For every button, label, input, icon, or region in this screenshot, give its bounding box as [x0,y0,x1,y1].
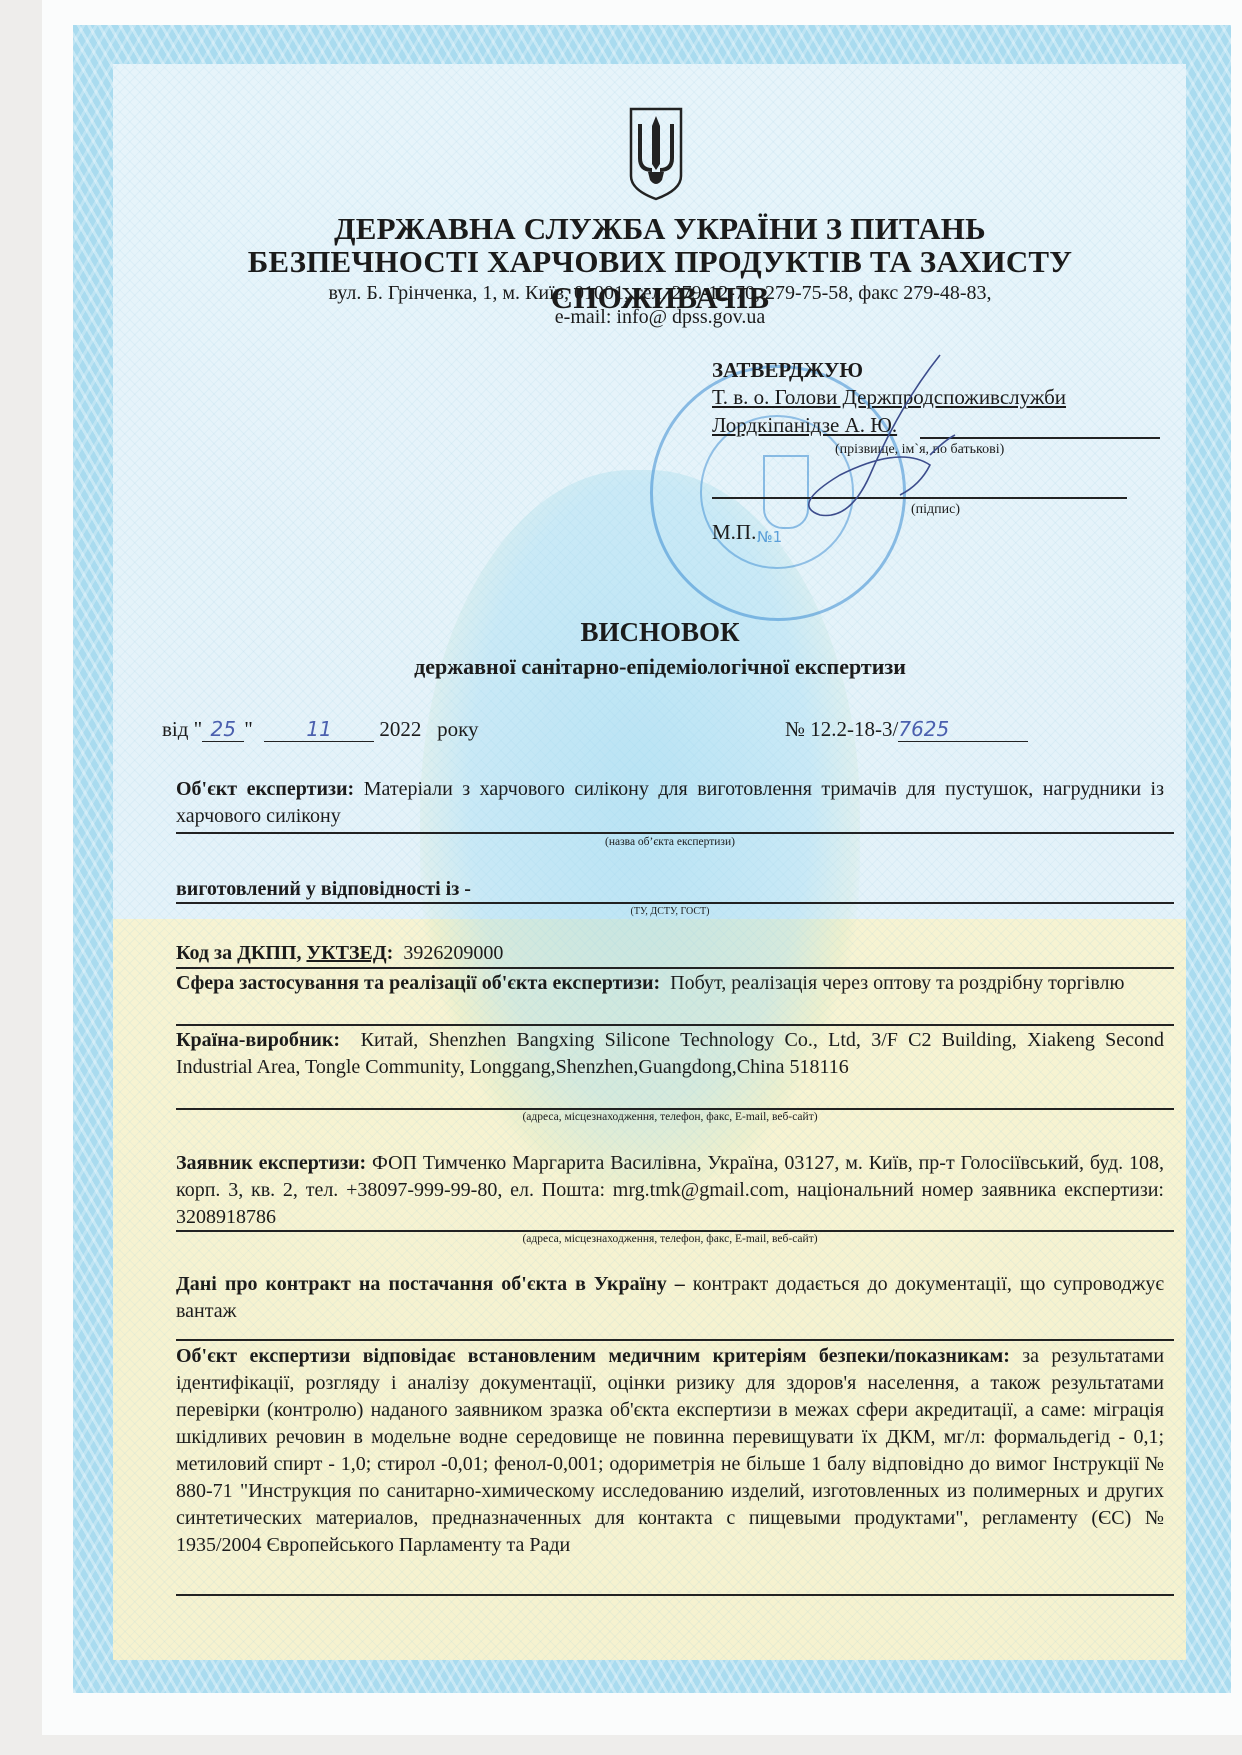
seal-label: М.П. [712,520,756,545]
object-caption: (назва об’єкта експертизи) [176,836,1164,848]
compliance-field: Об'єкт експертизи відповідає встановлени… [176,1343,1164,1559]
code-field: Код за ДКПП, УКТЗЕД: 3926209000 [176,940,1164,967]
contract-field: Дані про контракт на постачання об'єкта … [176,1271,1164,1325]
date-row: від "25" 11 2022 року [162,717,479,742]
document-title: ВИСНОВОК [140,617,1180,648]
date-month: 11 [264,717,374,742]
stamp-number: №1 [757,528,782,546]
applicant-caption: (адреса, місцезнаходження, телефон, факс… [176,1233,1164,1245]
country-caption: (адреса, місцезнаходження, телефон, факс… [176,1111,1164,1123]
agency-name-line-1: ДЕРЖАВНА СЛУЖБА УКРАЇНИ З ПИТАНЬ [140,211,1180,247]
made-caption: (ТУ, ДСТУ, ГОСТ) [176,906,1164,917]
scope-field: Сфера застосування та реалізації об'єкта… [176,970,1164,997]
signature-icon [780,345,1000,545]
document-number-handwritten: 7625 [898,717,1028,742]
document-subtitle: державної санітарно-епідеміологічної екс… [140,654,1180,680]
made-in-accordance-field: виготовлений у відповідності із - [176,876,1164,903]
country-field: Країна-виробник: Китай, Shenzhen Bangxin… [176,1027,1164,1081]
date-day: 25 [202,717,244,742]
trident-coat-of-arms-icon [628,106,684,202]
agency-email: e-mail: info@ dpss.gov.ua [140,306,1180,329]
document-number: № 12.2-18-3/7625 [785,717,1028,742]
date-year: 2022 [379,717,421,741]
agency-address: вул. Б. Грінченка, 1, м. Київ, 01001, те… [140,282,1180,305]
object-field: Об'єкт експертизи: Матеріали з харчового… [176,776,1164,830]
applicant-field: Заявник експертизи: ФОП Тимченко Маргари… [176,1150,1164,1231]
